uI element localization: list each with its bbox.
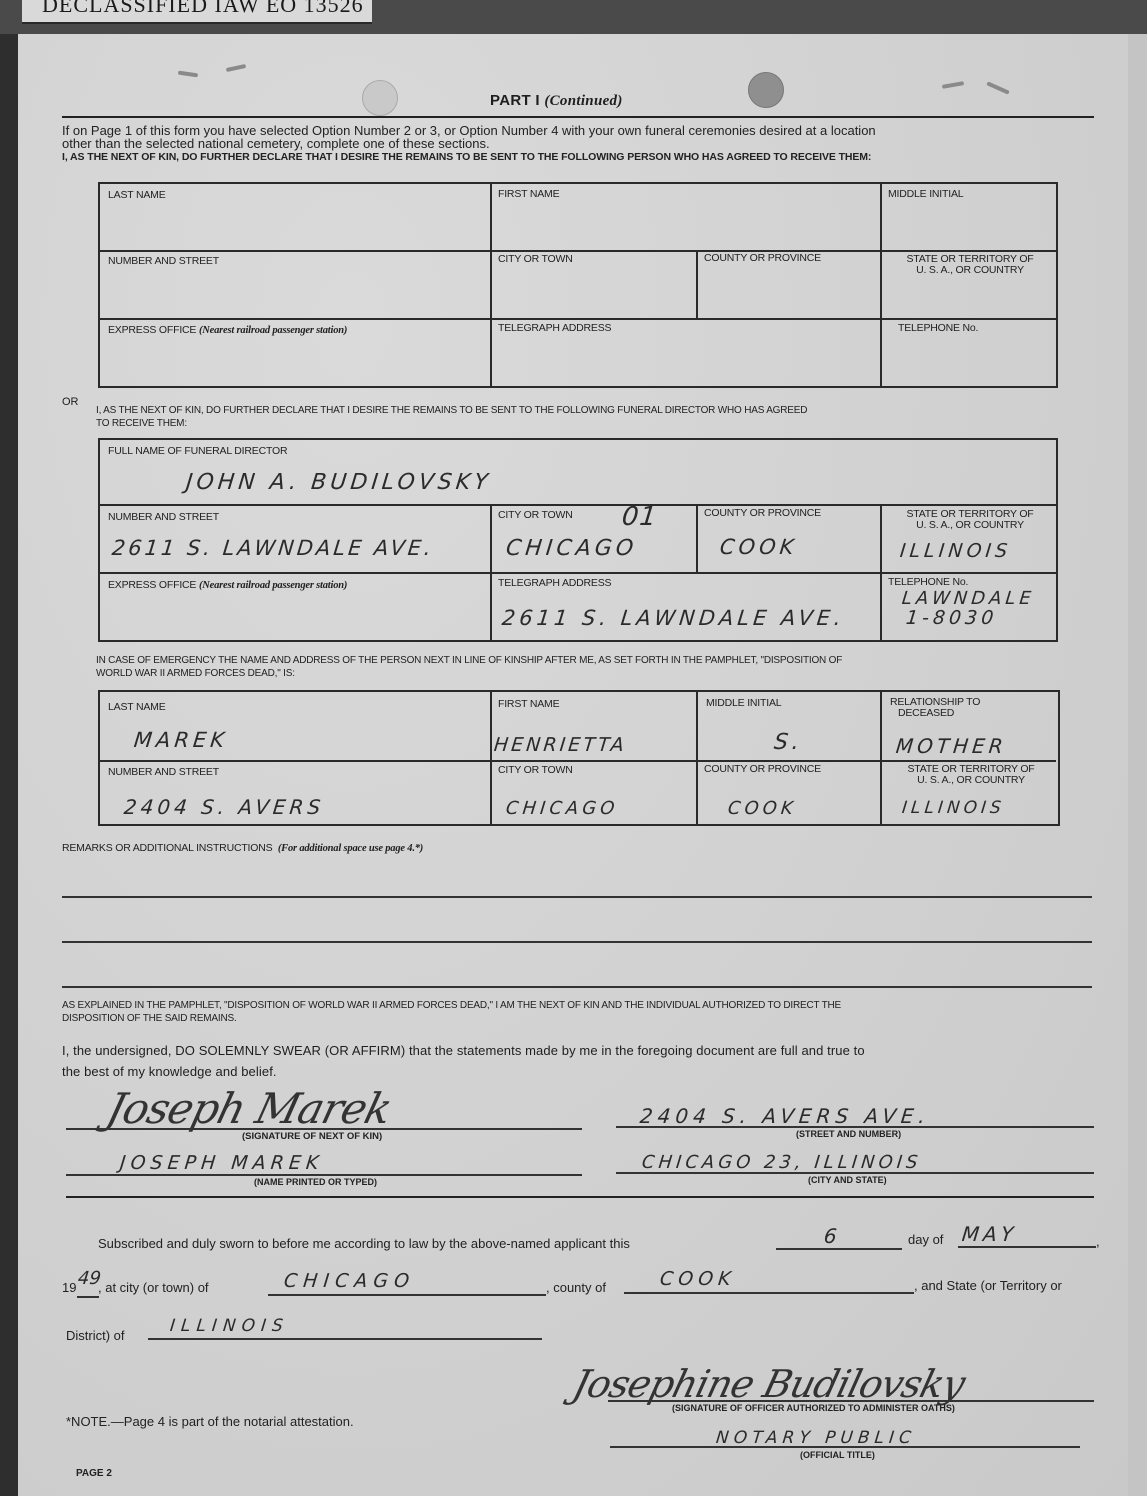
person-telegraph-label: TELEGRAPH ADDRESS [498,323,611,334]
person-last-name-field[interactable] [108,206,478,246]
express-office-note: (Nearest railroad passenger station) [199,580,347,591]
county-label: , county of [546,1280,606,1295]
printed-name-line [66,1174,582,1176]
notary-county-field[interactable]: COOK [659,1268,737,1290]
notary-state-field[interactable]: ILLINOIS [169,1316,290,1336]
next-of-kin-signature-caption: (SIGNATURE OF NEXT OF KIN) [242,1131,382,1142]
person-last-name-label: LAST NAME [108,190,166,201]
state-label-line-2: U. S. A., OR COUNTRY [888,265,1052,276]
official-title-caption: (OFFICIAL TITLE) [800,1450,875,1460]
emergency-first-name-field[interactable]: HENRIETTA [493,734,628,756]
person-number-street-label: NUMBER AND STREET [108,256,219,267]
printed-name-caption: (NAME PRINTED OR TYPED) [254,1177,377,1187]
emergency-last-name-field[interactable]: MAREK [133,728,230,752]
funeral-director-name-label: FULL NAME OF FUNERAL DIRECTOR [108,446,287,457]
officer-signature-caption: (SIGNATURE OF OFFICER AUTHORIZED TO ADMI… [672,1403,955,1413]
emergency-relationship-field[interactable]: MOTHER [895,734,1008,758]
emergency-county-label: COUNTY OR PROVINCE [704,764,821,775]
year-line [77,1296,99,1298]
divider [696,504,698,572]
funeral-county-label: COUNTY OR PROVINCE [704,508,821,519]
emergency-state-label: STATE OR TERRITORY OF U. S. A., OR COUNT… [888,764,1054,786]
official-title-field[interactable]: NOTARY PUBLIC [715,1428,917,1448]
divider [490,504,492,640]
city-line [268,1294,546,1296]
divider [880,504,882,640]
funeral-city-label: CITY OR TOWN [498,510,573,521]
remarks-line-3[interactable] [62,986,1092,988]
person-city-label: CITY OR TOWN [498,254,573,265]
district-line [148,1338,542,1340]
comma: , [1096,1234,1100,1249]
declaration-line-1: AS EXPLAINED IN THE PAMPHLET, "DISPOSITI… [62,999,1102,1012]
remarks-label: REMARKS OR ADDITIONAL INSTRUCTIONS (For … [62,843,423,854]
declaration-text: AS EXPLAINED IN THE PAMPHLET, "DISPOSITI… [62,999,1102,1025]
emergency-city-field[interactable]: CHICAGO [505,798,620,819]
person-state-label: STATE OR TERRITORY OF U. S. A., OR COUNT… [888,254,1052,276]
emergency-middle-initial-label: MIDDLE INITIAL [706,698,781,709]
next-of-kin-signature[interactable]: Joseph Marek [102,1084,396,1133]
funeral-telegraph-field[interactable]: 2611 S. LAWNDALE AVE. [501,606,846,630]
notarial-note: *NOTE.—Page 4 is part of the notarial at… [66,1414,354,1429]
person-telephone-field[interactable] [888,342,1052,382]
page-number: PAGE 2 [76,1468,112,1479]
divider [696,692,698,824]
emergency-intro-line-1: IN CASE OF EMERGENCY THE NAME AND ADDRES… [96,654,1066,667]
emergency-last-name-label: LAST NAME [108,702,166,713]
emergency-first-name-label: FIRST NAME [498,699,559,710]
street-and-number-field[interactable]: 2404 S. AVERS AVE. [639,1104,932,1128]
person-state-field[interactable] [888,282,1052,314]
funeral-state-label: STATE OR TERRITORY OF U. S. A., OR COUNT… [888,509,1052,531]
person-first-name-field[interactable] [498,206,868,246]
continued-label: (Continued) [544,93,622,109]
city-state-line [616,1172,1094,1174]
telephone-number: 1-8030 [887,607,1053,629]
funeral-telephone-label: TELEPHONE No. [888,577,968,588]
funeral-city-field[interactable]: CHICAGO [505,536,639,561]
emergency-middle-initial-field[interactable]: S. [773,730,805,755]
funeral-telephone-field[interactable]: LAWNDALE 1-8030 [888,588,1052,629]
state-label-line-2: U. S. A., OR COUNTRY [888,775,1054,786]
emergency-intro: IN CASE OF EMERGENCY THE NAME AND ADDRES… [96,654,1066,680]
day-line [776,1248,902,1250]
divider [490,692,492,824]
remarks-line-1[interactable] [62,896,1092,898]
month-line [958,1246,1096,1248]
intro-line-3: I, AS THE NEXT OF KIN, DO FURTHER DECLAR… [62,151,1102,164]
person-first-name-label: FIRST NAME [498,189,559,200]
funeral-express-office-label: EXPRESS OFFICE (Nearest railroad passeng… [108,580,347,591]
notary-city-field[interactable]: CHICAGO [283,1270,416,1292]
oath-text: I, the undersigned, DO SOLEMNLY SWEAR (O… [62,1040,1102,1082]
emergency-state-field[interactable]: ILLINOIS [901,798,1006,818]
remarks-note: (For additional space use page 4.*) [278,843,423,854]
page-edge-right [1128,34,1147,1496]
district-label: District) of [66,1328,125,1343]
person-telephone-label: TELEPHONE No. [898,323,978,334]
remarks-line-2[interactable] [62,941,1092,943]
funeral-intro-line-2: TO RECEIVE THEM: [96,417,1066,430]
divider [880,692,882,824]
intro-text: If on Page 1 of this form you have selec… [62,124,1102,164]
emergency-intro-line-2: WORLD WAR II ARMED FORCES DEAD," IS: [96,667,1066,680]
express-office-note: (Nearest railroad passenger station) [199,325,347,336]
divider [100,504,1056,506]
part-label: PART I [490,92,540,109]
part-title: PART I (Continued) [490,92,623,110]
divider [100,760,1056,762]
relationship-label-line-2: DECEASED [890,708,980,719]
divider [100,250,1056,252]
declassification-text: DECLASSIFIED IAW EO 13526 [42,0,364,17]
telephone-exchange: LAWNDALE [887,588,1053,609]
city-state-caption: (CITY AND STATE) [808,1175,887,1185]
state-label: , and State (or Territory or [914,1278,1062,1293]
funeral-state-field[interactable]: ILLINOIS [899,540,1013,562]
divider [880,184,882,386]
funeral-director-name-field[interactable]: JOHN A. BUDILOVSKY [185,470,493,495]
funeral-county-field[interactable]: COOK [719,535,799,559]
funeral-number-street-label: NUMBER AND STREET [108,512,219,523]
person-county-field[interactable] [704,272,874,314]
state-label-line-2: U. S. A., OR COUNTRY [888,520,1052,531]
scan-background-left [0,34,18,1496]
declassification-label: DECLASSIFIED IAW EO 13526 [22,0,372,24]
sworn-statement: Subscribed and duly sworn to before me a… [98,1236,630,1251]
official-title-line [610,1446,1080,1448]
person-city-field[interactable] [498,272,690,314]
signature-line [66,1128,582,1130]
emergency-number-street-label: NUMBER AND STREET [108,767,219,778]
person-county-label: COUNTY OR PROVINCE [704,253,821,264]
funeral-telegraph-label: TELEGRAPH ADDRESS [498,578,611,589]
county-line [624,1292,914,1294]
emergency-county-field[interactable]: COOK [727,798,798,819]
punch-hole-left [362,80,398,116]
day-field[interactable]: 6 [823,1224,842,1248]
person-middle-initial-field[interactable] [888,206,1048,246]
oath-line-2: the best of my knowledge and belief. [62,1061,1102,1082]
funeral-intro: I, AS THE NEXT OF KIN, DO FURTHER DECLAR… [96,404,1066,430]
oath-line-1: I, the undersigned, DO SOLEMNLY SWEAR (O… [62,1040,1102,1061]
month-field[interactable]: MAY [961,1222,1019,1246]
printed-name-field[interactable]: JOSEPH MAREK [119,1152,325,1174]
funeral-intro-line-1: I, AS THE NEXT OF KIN, DO FURTHER DECLAR… [96,404,1066,417]
divider [100,572,1056,574]
officer-signature-line [608,1400,1094,1402]
city-state-field[interactable]: CHICAGO 23, ILLINOIS [641,1152,923,1173]
divider [696,250,698,318]
section-rule [66,1196,1094,1198]
divider [490,184,492,386]
funeral-number-street-field[interactable]: 2611 S. LAWNDALE AVE. [111,536,435,560]
emergency-city-label: CITY OR TOWN [498,765,573,776]
divider [100,318,1056,320]
day-of-label: day of [908,1232,943,1247]
emergency-relationship-label: RELATIONSHIP TO DECEASED [890,697,980,719]
or-label: OR [62,396,79,408]
person-number-street-field[interactable] [108,272,478,314]
city-label: , at city (or town) of [98,1280,209,1295]
intro-line-2: other than the selected national cemeter… [62,137,1102,150]
title-rule [62,116,1094,118]
remarks-label-text: REMARKS OR ADDITIONAL INSTRUCTIONS [62,842,272,854]
street-caption: (STREET AND NUMBER) [796,1129,901,1139]
express-office-text: EXPRESS OFFICE [108,324,196,336]
person-express-office-field[interactable] [108,342,478,382]
declaration-line-2: DISPOSITION OF THE SAID REMAINS. [62,1012,1102,1025]
street-line [616,1126,1094,1128]
punch-hole-right [748,72,784,108]
person-telegraph-field[interactable] [498,342,868,382]
person-express-office-label: EXPRESS OFFICE (Nearest railroad passeng… [108,325,347,336]
funeral-city-code: 01 [620,502,658,532]
year-prefix: 19 [62,1280,76,1295]
express-office-text: EXPRESS OFFICE [108,579,196,591]
person-middle-initial-label: MIDDLE INITIAL [888,189,963,200]
funeral-express-office-field[interactable] [108,598,478,636]
emergency-number-street-field[interactable]: 2404 S. AVERS [123,795,326,819]
